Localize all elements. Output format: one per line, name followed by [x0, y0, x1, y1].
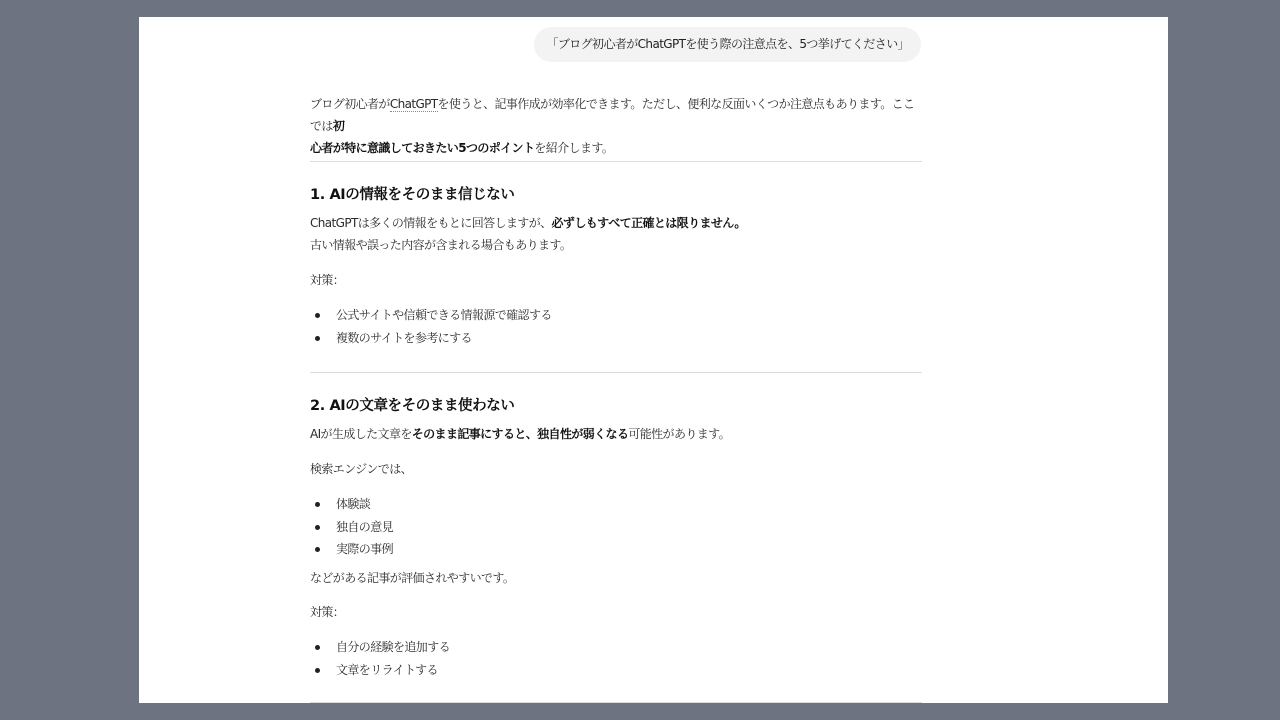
list-item-text: 文章をリライトする — [336, 663, 438, 677]
bullet-icon — [315, 525, 320, 530]
body-text: 可能性があります。 — [628, 427, 730, 441]
list-item-text: 複数のサイトを参考にする — [336, 331, 472, 345]
intro-text: を紹介します。 — [534, 141, 613, 155]
intro-paragraph: ブログ初心者がChatGPTを使うと、記事作成が効率化できます。ただし、便利な反… — [310, 93, 922, 159]
list-item-text: 自分の経験を追加する — [336, 640, 450, 654]
section-1-heading: 1. AIの情報をそのまま信じない — [310, 184, 514, 206]
list-item: 独自の意見 — [310, 516, 922, 539]
list-item: 複数のサイトを参考にする — [310, 327, 922, 350]
section-2-body-3: などがある記事が評価されやすいです。 — [310, 567, 514, 589]
section-2-heading: 2. AIの文章をそのまま使わない — [310, 395, 514, 417]
list-item-text: 公式サイトや信頼できる情報源で確認する — [336, 308, 552, 322]
divider — [310, 702, 922, 703]
chatgpt-link[interactable]: ChatGPT — [390, 97, 438, 112]
bullet-icon — [315, 502, 320, 507]
body-bold: そのまま記事にすると、独自性が弱くなる — [412, 427, 629, 441]
list-item: 文章をリライトする — [310, 659, 922, 682]
section-2-measures-list: 自分の経験を追加する 文章をリライトする — [310, 636, 922, 681]
list-item: 公式サイトや信頼できる情報源で確認する — [310, 304, 922, 327]
divider — [310, 161, 922, 162]
user-message-text: 「ブログ初心者がChatGPTを使う際の注意点を、5つ挙げてください」 — [546, 37, 909, 51]
intro-text: ブログ初心者が — [310, 97, 390, 111]
section-2-body: AIが生成した文章をそのまま記事にすると、独自性が弱くなる可能性があります。 — [310, 423, 922, 445]
list-item-text: 実際の事例 — [336, 542, 393, 556]
section-1-measures-label: 対策： — [310, 269, 344, 291]
bullet-icon — [315, 645, 320, 650]
list-item: 自分の経験を追加する — [310, 636, 922, 659]
body-text: AIが生成した文章を — [310, 427, 412, 441]
divider — [310, 372, 922, 373]
body-text: ChatGPTは多くの情報をもとに回答しますが、 — [310, 216, 552, 230]
section-2-measures-label: 対策： — [310, 601, 344, 623]
section-1-measures-list: 公式サイトや信頼できる情報源で確認する 複数のサイトを参考にする — [310, 304, 922, 349]
section-2-examples-list: 体験談 独自の意見 実際の事例 — [310, 493, 922, 561]
bullet-icon — [315, 313, 320, 318]
intro-bold: 初 — [333, 119, 344, 133]
list-item: 実際の事例 — [310, 538, 922, 561]
list-item-text: 独自の意見 — [336, 520, 393, 534]
user-message-bubble: 「ブログ初心者がChatGPTを使う際の注意点を、5つ挙げてください」 — [534, 27, 921, 62]
body-text: 古い情報や誤った内容が含まれる場合もあります。 — [310, 238, 571, 252]
section-2-body-2: 検索エンジンでは、 — [310, 458, 412, 480]
bullet-icon — [315, 668, 320, 673]
section-1-body: ChatGPTは多くの情報をもとに回答しますが、必ずしもすべて正確とは限りません… — [310, 212, 922, 256]
intro-bold: 心者が特に意識しておきたい5つのポイント — [310, 141, 534, 155]
bullet-icon — [315, 547, 320, 552]
chat-panel: 「ブログ初心者がChatGPTを使う際の注意点を、5つ挙げてください」 ブログ初… — [139, 17, 1168, 703]
bullet-icon — [315, 336, 320, 341]
list-item: 体験談 — [310, 493, 922, 516]
list-item-text: 体験談 — [336, 497, 370, 511]
body-bold: 必ずしもすべて正確とは限りません。 — [552, 216, 746, 230]
